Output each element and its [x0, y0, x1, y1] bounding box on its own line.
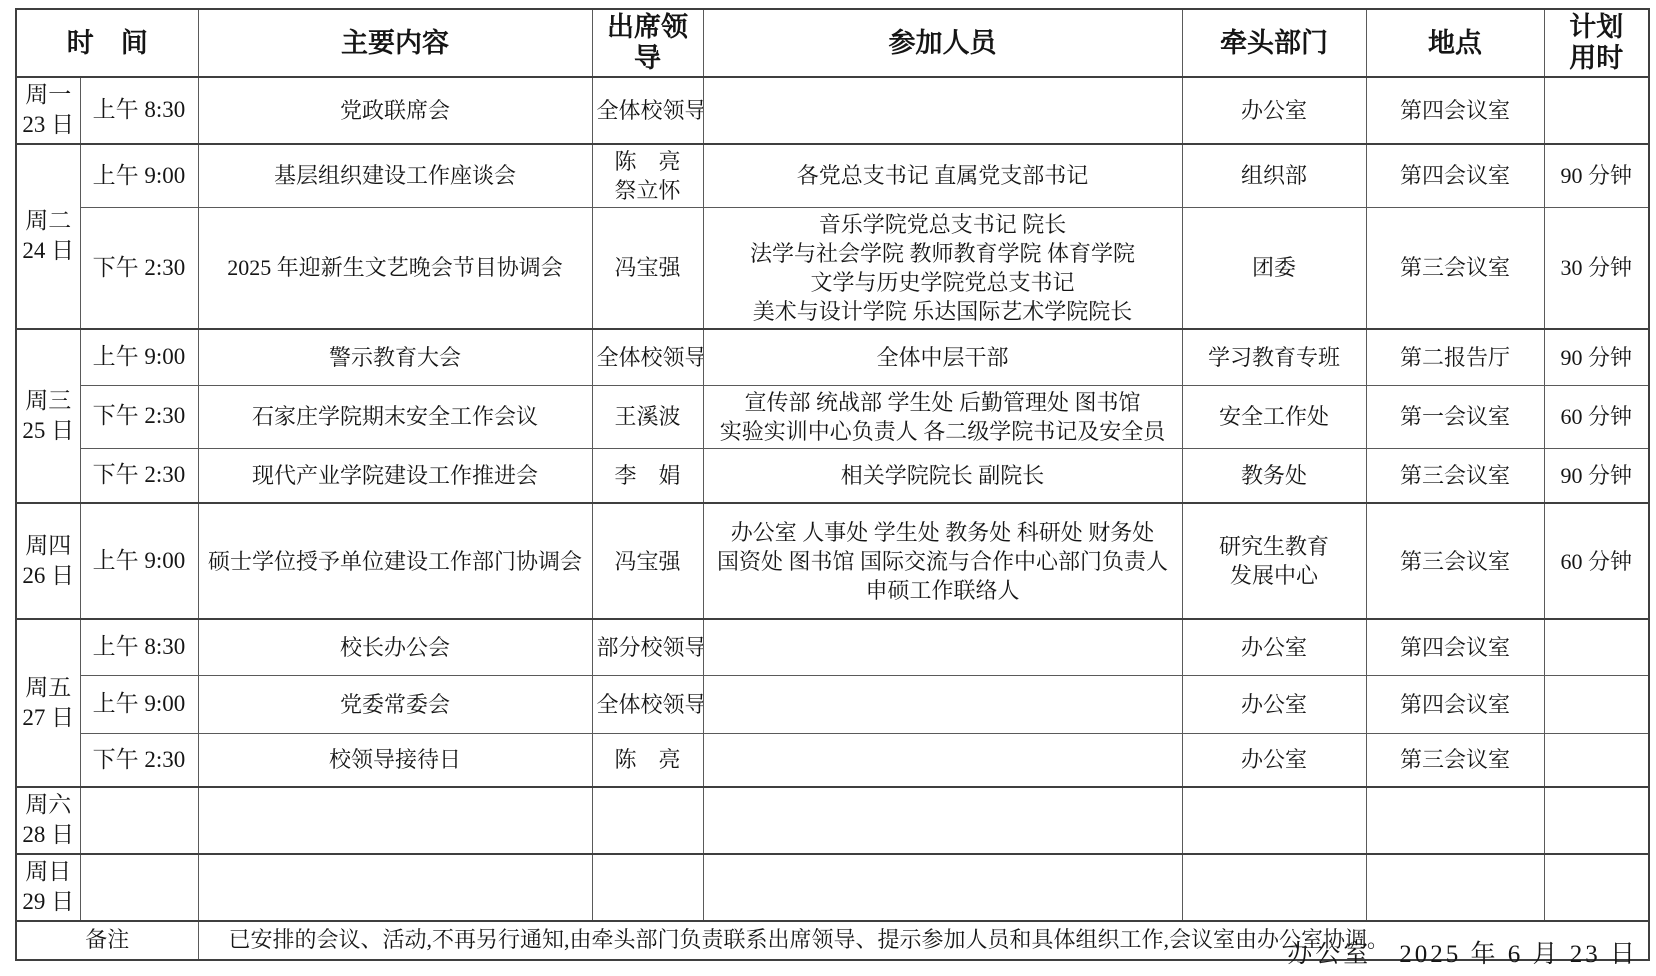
time-cell: 下午 2:30	[80, 385, 198, 448]
duration-cell: 90 分钟	[1544, 448, 1649, 503]
leaders-cell: 冯宝强	[592, 503, 703, 619]
duration-cell: 90 分钟	[1544, 144, 1649, 208]
duration-cell	[1544, 675, 1649, 733]
duration-cell: 30 分钟	[1544, 207, 1649, 329]
day-cell-tuesday: 周二 24 日	[16, 144, 80, 329]
location-cell	[1366, 787, 1544, 854]
time-cell: 下午 2:30	[80, 448, 198, 503]
location-cell: 第二报告厅	[1366, 329, 1544, 385]
duration-cell	[1544, 733, 1649, 787]
leaders-cell: 全体校领导	[592, 675, 703, 733]
leaders-cell: 李 娟	[592, 448, 703, 503]
remark-label: 备注	[16, 921, 198, 960]
content-cell	[198, 854, 592, 921]
time-cell: 上午 9:00	[80, 329, 198, 385]
day-cell-thursday: 周四 26 日	[16, 503, 80, 619]
leaders-cell: 全体校领导	[592, 329, 703, 385]
department-cell: 安全工作处	[1182, 385, 1366, 448]
duration-cell: 60 分钟	[1544, 385, 1649, 448]
leaders-cell	[592, 854, 703, 921]
participants-cell	[703, 77, 1182, 144]
department-cell: 办公室	[1182, 619, 1366, 675]
col-header-duration-line2: 用时	[1549, 43, 1645, 74]
col-header-leaders: 出席领导	[592, 9, 703, 77]
content-cell: 党委常委会	[198, 675, 592, 733]
duration-cell	[1544, 854, 1649, 921]
department-cell: 研究生教育 发展中心	[1182, 503, 1366, 619]
location-cell: 第三会议室	[1366, 448, 1544, 503]
department-cell: 办公室	[1182, 77, 1366, 144]
participants-cell	[703, 619, 1182, 675]
content-cell: 石家庄学院期末安全工作会议	[198, 385, 592, 448]
department-cell: 学习教育专班	[1182, 329, 1366, 385]
table-row: 上午 9:00 党委常委会 全体校领导 办公室 第四会议室	[16, 675, 1649, 733]
table-row: 周六 28 日	[16, 787, 1649, 854]
col-header-content: 主要内容	[198, 9, 592, 77]
meeting-schedule-sheet: 时 间 主要内容 出席领导 参加人员 牵头部门 地点 计划 用时 周一 23 日…	[0, 0, 1656, 976]
department-cell: 办公室	[1182, 733, 1366, 787]
time-cell	[80, 854, 198, 921]
location-cell: 第四会议室	[1366, 144, 1544, 208]
day-cell-monday: 周一 23 日	[16, 77, 80, 144]
location-cell: 第一会议室	[1366, 385, 1544, 448]
col-header-duration-line1: 计划	[1549, 12, 1645, 43]
duration-cell	[1544, 619, 1649, 675]
time-cell: 上午 9:00	[80, 144, 198, 208]
content-cell: 党政联席会	[198, 77, 592, 144]
duration-cell	[1544, 77, 1649, 144]
table-row: 周三 25 日 上午 9:00 警示教育大会 全体校领导 全体中层干部 学习教育…	[16, 329, 1649, 385]
day-cell-friday: 周五 27 日	[16, 619, 80, 787]
participants-cell: 全体中层干部	[703, 329, 1182, 385]
location-cell: 第三会议室	[1366, 207, 1544, 329]
col-header-participants: 参加人员	[703, 9, 1182, 77]
location-cell	[1366, 854, 1544, 921]
participants-cell: 办公室 人事处 学生处 教务处 科研处 财务处 国资处 图书馆 国际交流与合作中…	[703, 503, 1182, 619]
content-cell: 硕士学位授予单位建设工作部门协调会	[198, 503, 592, 619]
time-cell: 下午 2:30	[80, 207, 198, 329]
footer-signature: 办公室 2025 年 6 月 23 日	[1287, 934, 1638, 970]
table-row: 周一 23 日 上午 8:30 党政联席会 全体校领导 办公室 第四会议室	[16, 77, 1649, 144]
table-row: 周五 27 日 上午 8:30 校长办公会 部分校领导 办公室 第四会议室	[16, 619, 1649, 675]
time-cell: 下午 2:30	[80, 733, 198, 787]
duration-cell: 90 分钟	[1544, 329, 1649, 385]
participants-cell	[703, 675, 1182, 733]
col-header-department: 牵头部门	[1182, 9, 1366, 77]
day-cell-saturday: 周六 28 日	[16, 787, 80, 854]
col-header-location: 地点	[1366, 9, 1544, 77]
location-cell: 第四会议室	[1366, 675, 1544, 733]
time-cell: 上午 8:30	[80, 619, 198, 675]
table-row: 周二 24 日 上午 9:00 基层组织建设工作座谈会 陈 亮 祭立怀 各党总支…	[16, 144, 1649, 208]
col-header-time: 时 间	[16, 9, 198, 77]
participants-cell	[703, 854, 1182, 921]
day-cell-wednesday: 周三 25 日	[16, 329, 80, 503]
table-row: 下午 2:30 石家庄学院期末安全工作会议 王溪波 宣传部 统战部 学生处 后勤…	[16, 385, 1649, 448]
department-cell: 团委	[1182, 207, 1366, 329]
location-cell: 第三会议室	[1366, 503, 1544, 619]
col-header-duration: 计划 用时	[1544, 9, 1649, 77]
table-row: 下午 2:30 2025 年迎新生文艺晚会节目协调会 冯宝强 音乐学院党总支书记…	[16, 207, 1649, 329]
participants-cell	[703, 787, 1182, 854]
participants-cell: 相关学院院长 副院长	[703, 448, 1182, 503]
leaders-cell: 全体校领导	[592, 77, 703, 144]
department-cell: 教务处	[1182, 448, 1366, 503]
participants-cell: 音乐学院党总支书记 院长 法学与社会学院 教师教育学院 体育学院 文学与历史学院…	[703, 207, 1182, 329]
content-cell: 2025 年迎新生文艺晚会节目协调会	[198, 207, 592, 329]
leaders-cell: 王溪波	[592, 385, 703, 448]
leaders-cell	[592, 787, 703, 854]
leaders-cell: 陈 亮 祭立怀	[592, 144, 703, 208]
department-cell: 组织部	[1182, 144, 1366, 208]
content-cell: 警示教育大会	[198, 329, 592, 385]
location-cell: 第三会议室	[1366, 733, 1544, 787]
time-cell: 上午 9:00	[80, 675, 198, 733]
participants-cell	[703, 733, 1182, 787]
duration-cell	[1544, 787, 1649, 854]
table-row: 下午 2:30 现代产业学院建设工作推进会 李 娟 相关学院院长 副院长 教务处…	[16, 448, 1649, 503]
content-cell: 校领导接待日	[198, 733, 592, 787]
location-cell: 第四会议室	[1366, 619, 1544, 675]
content-cell: 现代产业学院建设工作推进会	[198, 448, 592, 503]
table-row: 周四 26 日 上午 9:00 硕士学位授予单位建设工作部门协调会 冯宝强 办公…	[16, 503, 1649, 619]
leaders-cell: 陈 亮	[592, 733, 703, 787]
content-cell: 校长办公会	[198, 619, 592, 675]
department-cell	[1182, 787, 1366, 854]
leaders-cell: 冯宝强	[592, 207, 703, 329]
table-row: 下午 2:30 校领导接待日 陈 亮 办公室 第三会议室	[16, 733, 1649, 787]
time-cell	[80, 787, 198, 854]
table-row: 周日 29 日	[16, 854, 1649, 921]
content-cell: 基层组织建设工作座谈会	[198, 144, 592, 208]
content-cell	[198, 787, 592, 854]
leaders-cell: 部分校领导	[592, 619, 703, 675]
participants-cell: 宣传部 统战部 学生处 后勤管理处 图书馆 实验实训中心负责人 各二级学院书记及…	[703, 385, 1182, 448]
time-cell: 上午 8:30	[80, 77, 198, 144]
time-cell: 上午 9:00	[80, 503, 198, 619]
participants-cell: 各党总支书记 直属党支部书记	[703, 144, 1182, 208]
day-cell-sunday: 周日 29 日	[16, 854, 80, 921]
header-row: 时 间 主要内容 出席领导 参加人员 牵头部门 地点 计划 用时	[16, 9, 1649, 77]
department-cell: 办公室	[1182, 675, 1366, 733]
duration-cell: 60 分钟	[1544, 503, 1649, 619]
meeting-schedule-table: 时 间 主要内容 出席领导 参加人员 牵头部门 地点 计划 用时 周一 23 日…	[15, 8, 1650, 961]
location-cell: 第四会议室	[1366, 77, 1544, 144]
department-cell	[1182, 854, 1366, 921]
